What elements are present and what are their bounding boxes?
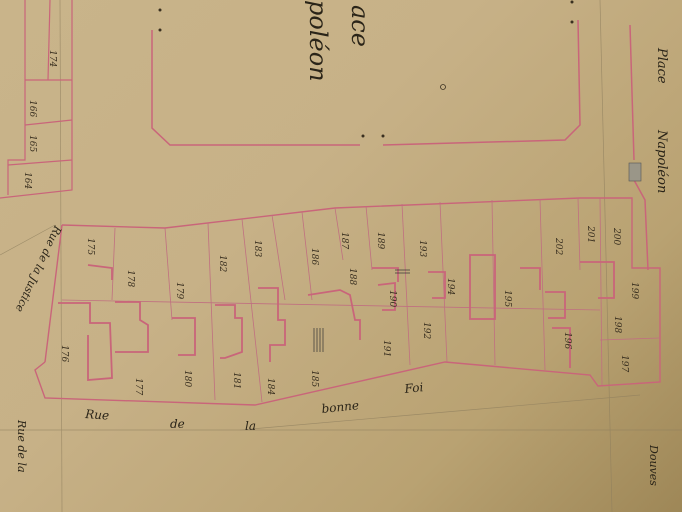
parcel-199: 199 bbox=[629, 282, 639, 299]
parcel-187: 187 bbox=[339, 232, 349, 249]
parcel-198: 198 bbox=[612, 316, 622, 333]
parcel-200: 200 bbox=[611, 227, 621, 245]
parcel-181: 181 bbox=[231, 372, 241, 389]
label-bonne: bonne bbox=[321, 398, 360, 416]
label-place-top-2: poléon bbox=[304, 0, 332, 82]
label-rue-bottom-left: Rue de la bbox=[15, 419, 28, 473]
building-outlines bbox=[58, 255, 614, 380]
parcel-191: 191 bbox=[381, 340, 391, 357]
parcel-196: 196 bbox=[562, 332, 572, 349]
parcel-186: 186 bbox=[309, 248, 319, 265]
parcel-subdivisions bbox=[62, 198, 660, 402]
parcel-182: 182 bbox=[217, 255, 227, 272]
parcel-176: 176 bbox=[59, 345, 69, 362]
label-foi: Foi bbox=[403, 380, 424, 396]
cadastral-map: 174 166 165 164 175 178 179 182 183 186 … bbox=[0, 0, 682, 512]
parcel-197: 197 bbox=[619, 355, 629, 372]
label-place-right: Place bbox=[654, 47, 669, 84]
label-napoleon-right: Napoléon bbox=[654, 129, 669, 193]
parcel-194: 194 bbox=[445, 278, 455, 295]
parcel-188: 188 bbox=[347, 268, 357, 285]
place-napoleon-square bbox=[152, 20, 648, 270]
parcel-175: 175 bbox=[85, 238, 95, 255]
label-de: de bbox=[170, 417, 185, 431]
parcel-201: 201 bbox=[585, 225, 595, 243]
parcel-177: 177 bbox=[133, 378, 143, 395]
parcel-192: 192 bbox=[421, 322, 431, 339]
parcel-202: 202 bbox=[553, 237, 563, 255]
label-place-top-1: ace bbox=[346, 5, 374, 47]
parcel-166: 166 bbox=[27, 100, 37, 117]
label-douves: Douves bbox=[647, 444, 660, 486]
parcel-190: 190 bbox=[387, 290, 397, 307]
parcel-183: 183 bbox=[252, 240, 262, 257]
parcel-174: 174 bbox=[47, 50, 57, 67]
parcel-180: 180 bbox=[182, 370, 192, 387]
parcel-195: 195 bbox=[502, 290, 512, 307]
label-rue: Rue bbox=[84, 407, 110, 423]
label-la: la bbox=[245, 419, 256, 433]
parcel-165: 165 bbox=[27, 135, 37, 152]
parcel-185: 185 bbox=[309, 370, 319, 387]
parcel-189: 189 bbox=[375, 232, 385, 249]
parcel-numbers: 174 166 165 164 175 178 179 182 183 186 … bbox=[22, 50, 639, 395]
kiosk-marker bbox=[629, 163, 641, 181]
parcel-184: 184 bbox=[265, 378, 275, 395]
parcel-block-top-left bbox=[0, 0, 72, 198]
parcel-193: 193 bbox=[417, 240, 427, 257]
parcel-179: 179 bbox=[174, 282, 184, 299]
parcel-178: 178 bbox=[125, 270, 135, 287]
parcel-164: 164 bbox=[22, 172, 32, 189]
